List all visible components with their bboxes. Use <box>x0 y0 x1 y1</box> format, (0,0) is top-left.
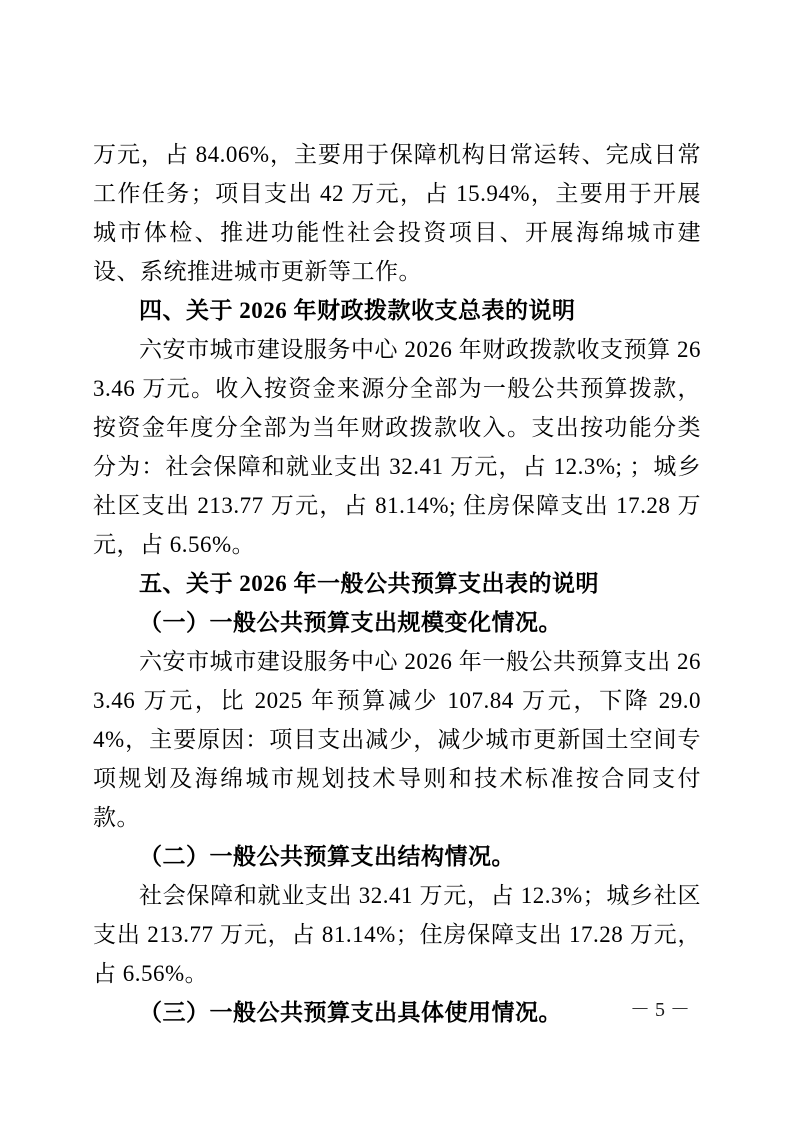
heading-subsection-1-scale-change: （一）一般公共预算支出规模变化情况。 <box>93 603 701 642</box>
page-number: － 5 － <box>630 999 690 1021</box>
paragraph-basic-project-expenditure: 万元，占 84.06%，主要用于保障机构日常运转、完成日常工作任务；项目支出 4… <box>93 135 701 291</box>
paragraph-budget-structure-detail: 社会保障和就业支出 32.41 万元，占 12.3%；城乡社区支出 213.77… <box>93 876 701 993</box>
heading-subsection-2-structure: （二）一般公共预算支出结构情况。 <box>93 837 701 876</box>
page-footer: － 5 － <box>0 998 690 1022</box>
document-body: 万元，占 84.06%，主要用于保障机构日常运转、完成日常工作任务；项目支出 4… <box>93 135 701 1032</box>
document-page: 万元，占 84.06%，主要用于保障机构日常运转、完成日常工作任务；项目支出 4… <box>0 0 793 1122</box>
heading-section-4-fiscal-allocation-summary: 四、关于 2026 年财政拨款收支总表的说明 <box>93 291 701 330</box>
heading-section-5-general-public-budget: 五、关于 2026 年一般公共预算支出表的说明 <box>93 564 701 603</box>
paragraph-fiscal-allocation-detail: 六安市城市建设服务中心 2026 年财政拨款收支预算 263.46 万元。收入按… <box>93 330 701 564</box>
paragraph-budget-scale-change-detail: 六安市城市建设服务中心 2026 年一般公共预算支出 263.46 万元，比 2… <box>93 642 701 837</box>
